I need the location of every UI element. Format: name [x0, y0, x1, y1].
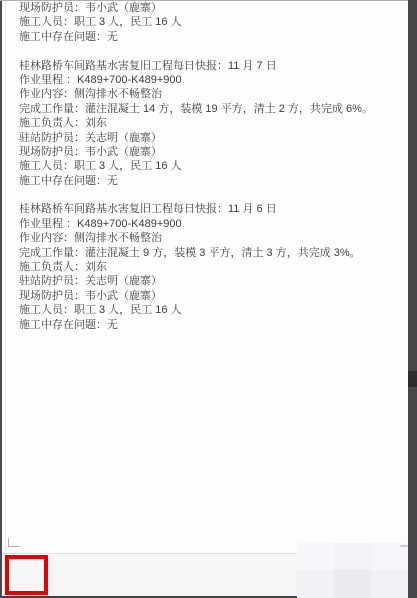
doc-line: 施工负责人：刘东 [19, 260, 391, 274]
doc-line: 施工人员：职工 3 人，民工 16 人 [19, 303, 391, 317]
doc-line: 作业内容：侧沟排水不畅整治 [19, 231, 391, 245]
doc-line: 施工人员：职工 3 人，民工 16 人 [19, 159, 391, 173]
doc-line: 施工中存在问题：无 [19, 318, 391, 332]
doc-line: 施工人员：职工 3 人，民工 16 人 [19, 15, 391, 29]
doc-line: 现场防护员：韦小武（鹿寨） [19, 145, 391, 159]
blur-overlay [297, 543, 408, 598]
doc-line: 完成工作量：灌注混凝土 9 方，装模 3 平方，清土 3 方，共完成 3%。 [19, 246, 391, 260]
doc-line: 施工负责人：刘东 [19, 116, 391, 130]
annotation-highlight-box [5, 555, 48, 595]
doc-line: 桂林路桥车间路基水害复旧工程每日快报：11 月 6 日 [19, 202, 391, 216]
overlay-dash [400, 545, 408, 547]
doc-line: 现场防护员：韦小武（鹿寨） [19, 289, 391, 303]
doc-line: 驻站防护员：关志明（鹿寨） [19, 131, 391, 145]
doc-line: 桂林路桥车间路基水害复旧工程每日快报：11 月 7 日 [19, 59, 391, 73]
page-left-border [5, 0, 6, 553]
page-corner-mark [8, 538, 20, 547]
screen-edge-top [0, 0, 417, 1]
document-page[interactable]: 现场防护员：韦小武（鹿寨） 施工人员：职工 3 人，民工 16 人 施工中存在问… [19, 1, 391, 332]
scrollbar-track[interactable] [408, 0, 417, 598]
doc-line: 施工中存在问题：无 [19, 30, 391, 44]
doc-line [19, 188, 391, 202]
scrollbar-thumb[interactable] [408, 371, 417, 387]
screen-edge-left [0, 0, 2, 598]
doc-line: 作业内容：侧沟排水不畅整治 [19, 87, 391, 101]
doc-line: 作业里程 ：K489+700-K489+900 [19, 73, 391, 87]
doc-line: 现场防护员：韦小武（鹿寨） [19, 1, 391, 15]
doc-line: 作业里程 ：K489+700-K489+900 [19, 217, 391, 231]
doc-line: 完成工作量：灌注混凝土 14 方，装模 19 平方，清土 2 方，共完成 6%。 [19, 102, 391, 116]
doc-line: 施工中存在问题：无 [19, 174, 391, 188]
doc-line [19, 44, 391, 58]
doc-line: 驻站防护员：关志明（鹿寨） [19, 274, 391, 288]
app-screen: 现场防护员：韦小武（鹿寨） 施工人员：职工 3 人，民工 16 人 施工中存在问… [0, 0, 417, 598]
